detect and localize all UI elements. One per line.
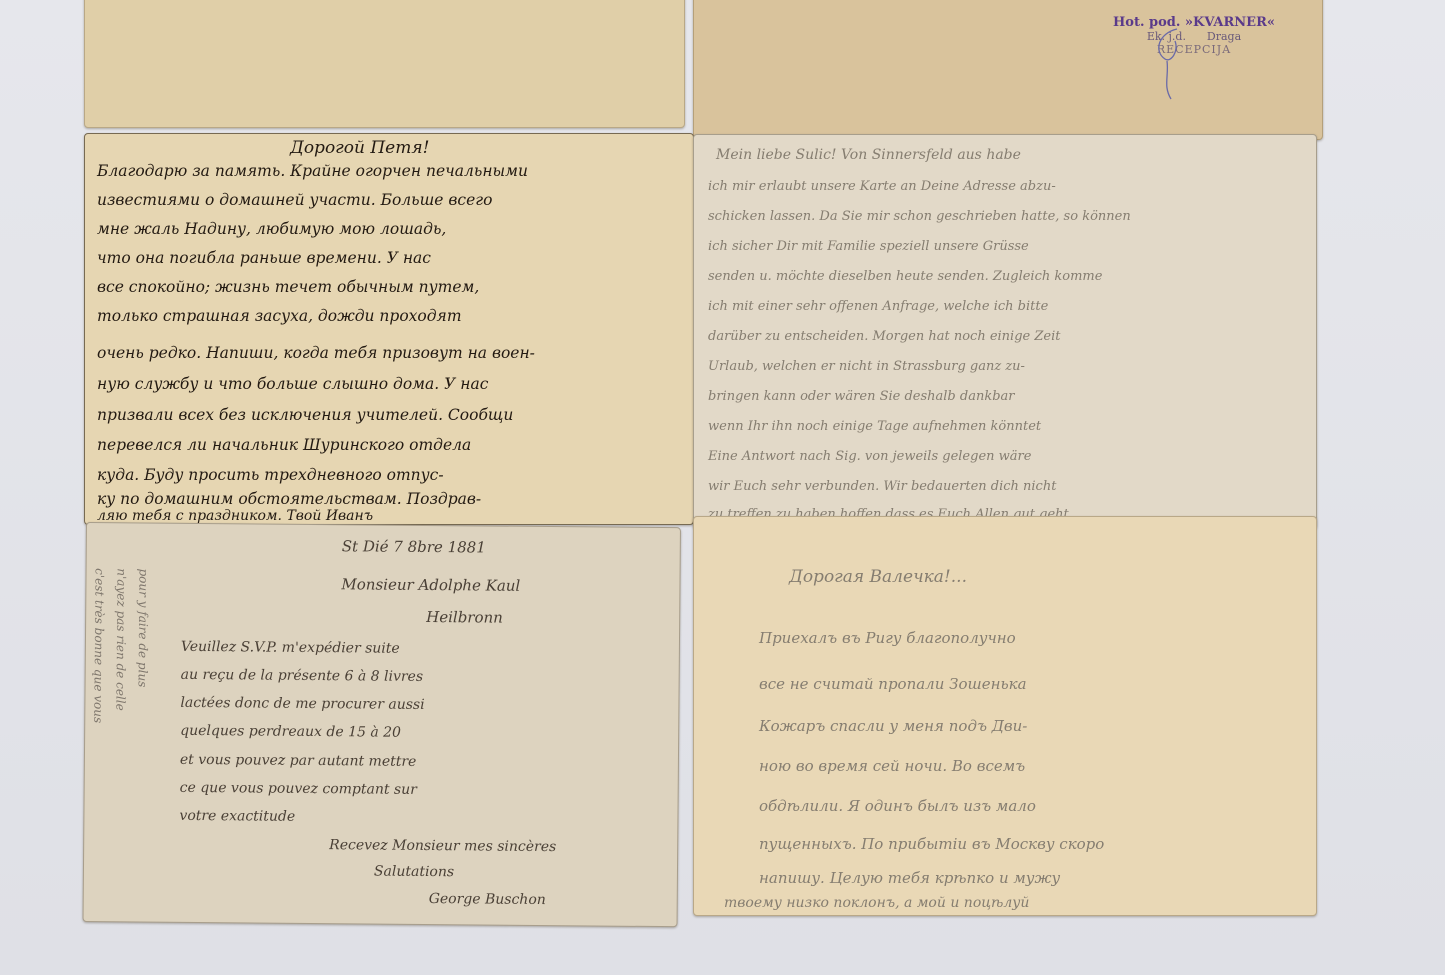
- postcard-german: Mein liebe Sulic! Von Sinnersfeld aus ha…: [693, 134, 1317, 529]
- text-line: ich sicher Dir mit Familie speziell unse…: [708, 239, 1029, 254]
- closing-line-1: Recevez Monsieur mes sincères: [329, 837, 556, 855]
- text-line: ною во время сей ночи. Во всемъ: [759, 757, 1025, 775]
- text-line: schicken lassen. Da Sie mir schon geschr…: [708, 209, 1131, 224]
- text-line: ich mir erlaubt unsere Karte an Deine Ad…: [708, 179, 1056, 194]
- text-line: wir Euch sehr verbunden. Wir bedauerten …: [708, 479, 1056, 494]
- stamp-line-2: Ek. j.d. Draga: [1089, 30, 1299, 43]
- text-line: Mein liebe Sulic! Von Sinnersfeld aus ha…: [716, 147, 1021, 163]
- text-line: Приехалъ въ Ригу благополучно: [759, 629, 1016, 647]
- text-line: Eine Antwort nach Sig. von jeweils geleg…: [708, 449, 1031, 464]
- text-line: пущенныхъ. По прибытіи въ Москву скоро: [759, 835, 1104, 853]
- text-line: votre exactitude: [179, 808, 295, 825]
- text-line: все не считай пропали Зошенька: [759, 675, 1027, 693]
- text-line: Благодарю за память. Крайне огорчен печа…: [97, 162, 528, 180]
- stamp-line-1: Hot. pod. »KVARNER«: [1089, 15, 1299, 30]
- postcard-french: St Dié 7 8bre 1881 Monsieur Adolphe Kaul…: [83, 522, 681, 927]
- pen-scribble-icon: [1149, 21, 1189, 111]
- postcard-top-right: Hot. pod. »KVARNER« Ek. j.d. Draga RECEP…: [693, 0, 1323, 140]
- text-line: ich mit einer sehr offenen Anfrage, welc…: [708, 299, 1048, 314]
- text-line: куда. Буду просить трехдневного отпус-: [97, 466, 444, 484]
- text-line: призвали всех без исключения учителей. С…: [97, 406, 513, 424]
- text-line: напишу. Целую тебя крѣпко и мужу: [759, 869, 1060, 887]
- text-line: что она погибла раньше времени. У нас: [97, 249, 431, 267]
- text-line: мне жаль Надину, любимую мою лошадь,: [97, 220, 446, 238]
- text-line: Urlaub, welchen er nicht in Strassburg g…: [708, 359, 1025, 374]
- text-line: darüber zu entscheiden. Morgen hat noch …: [708, 329, 1060, 344]
- stamp-line-3: RECEPCIJA: [1089, 43, 1299, 56]
- text-line: et vous pouvez par autant mettre: [180, 752, 417, 770]
- text-line: известиями о домашней участи. Больше все…: [97, 191, 492, 209]
- text-line: Кожаръ спасли у меня подъ Дви-: [759, 717, 1027, 735]
- text-line: ку по домашним обстоятельствам. Поздрав-: [97, 490, 481, 508]
- postcard-top-left: [84, 0, 685, 128]
- signature: George Buschon: [429, 891, 546, 908]
- text-line: au reçu de la présente 6 à 8 livres: [181, 667, 424, 685]
- text-line: ную службу и что больше слышно дома. У н…: [97, 375, 488, 393]
- text-line: bringen kann oder wären Sie deshalb dank…: [708, 389, 1015, 404]
- greeting: Дорогой Петя!: [290, 138, 429, 158]
- text-line: quelques perdreaux de 15 à 20: [180, 723, 401, 741]
- address-line-2: Heilbronn: [426, 608, 503, 627]
- text-line: Veuillez S.V.P. m'expédier suite: [181, 639, 400, 657]
- text-line: твоему низко поклонъ, а мой и поцѣлуй: [724, 895, 1029, 911]
- text-line: lactées donc de me procurer aussi: [180, 695, 424, 713]
- closing-line-2: Salutations: [374, 864, 454, 881]
- hotel-stamp: Hot. pod. »KVARNER« Ek. j.d. Draga RECEP…: [1089, 15, 1299, 56]
- margin-text: c'est très bonne que vous: [91, 568, 106, 723]
- postcard-russian-ivan: Дорогой Петя! Благодарю за память. Крайн…: [84, 133, 694, 525]
- date: St Dié 7 8bre 1881: [342, 537, 486, 556]
- text-line: обдѣлили. Я одинъ былъ изъ мало: [759, 797, 1036, 815]
- postcard-russian-pencil: Дорогая Валечка!... Приехалъ въ Ригу бла…: [693, 516, 1317, 916]
- text-line: только страшная засуха, дожди проходят: [97, 307, 462, 325]
- margin-text: n'ayez pas rien de celle: [113, 568, 128, 711]
- text-line: все спокойно; жизнь течет обычным путем,: [97, 278, 479, 296]
- greeting: Дорогая Валечка!...: [789, 567, 967, 587]
- text-line: senden u. möchte dieselben heute senden.…: [708, 269, 1102, 284]
- text-line: wenn Ihr ihn noch einige Tage aufnehmen …: [708, 419, 1041, 434]
- text-line: очень редко. Напиши, когда тебя призовут…: [97, 344, 535, 362]
- address-line-1: Monsieur Adolphe Kaul: [341, 575, 520, 595]
- text-line: перевелся ли начальник Шуринского отдела: [97, 436, 471, 454]
- margin-text: pour y faire de plus: [136, 568, 151, 687]
- text-line: ce que vous pouvez comptant sur: [180, 780, 417, 798]
